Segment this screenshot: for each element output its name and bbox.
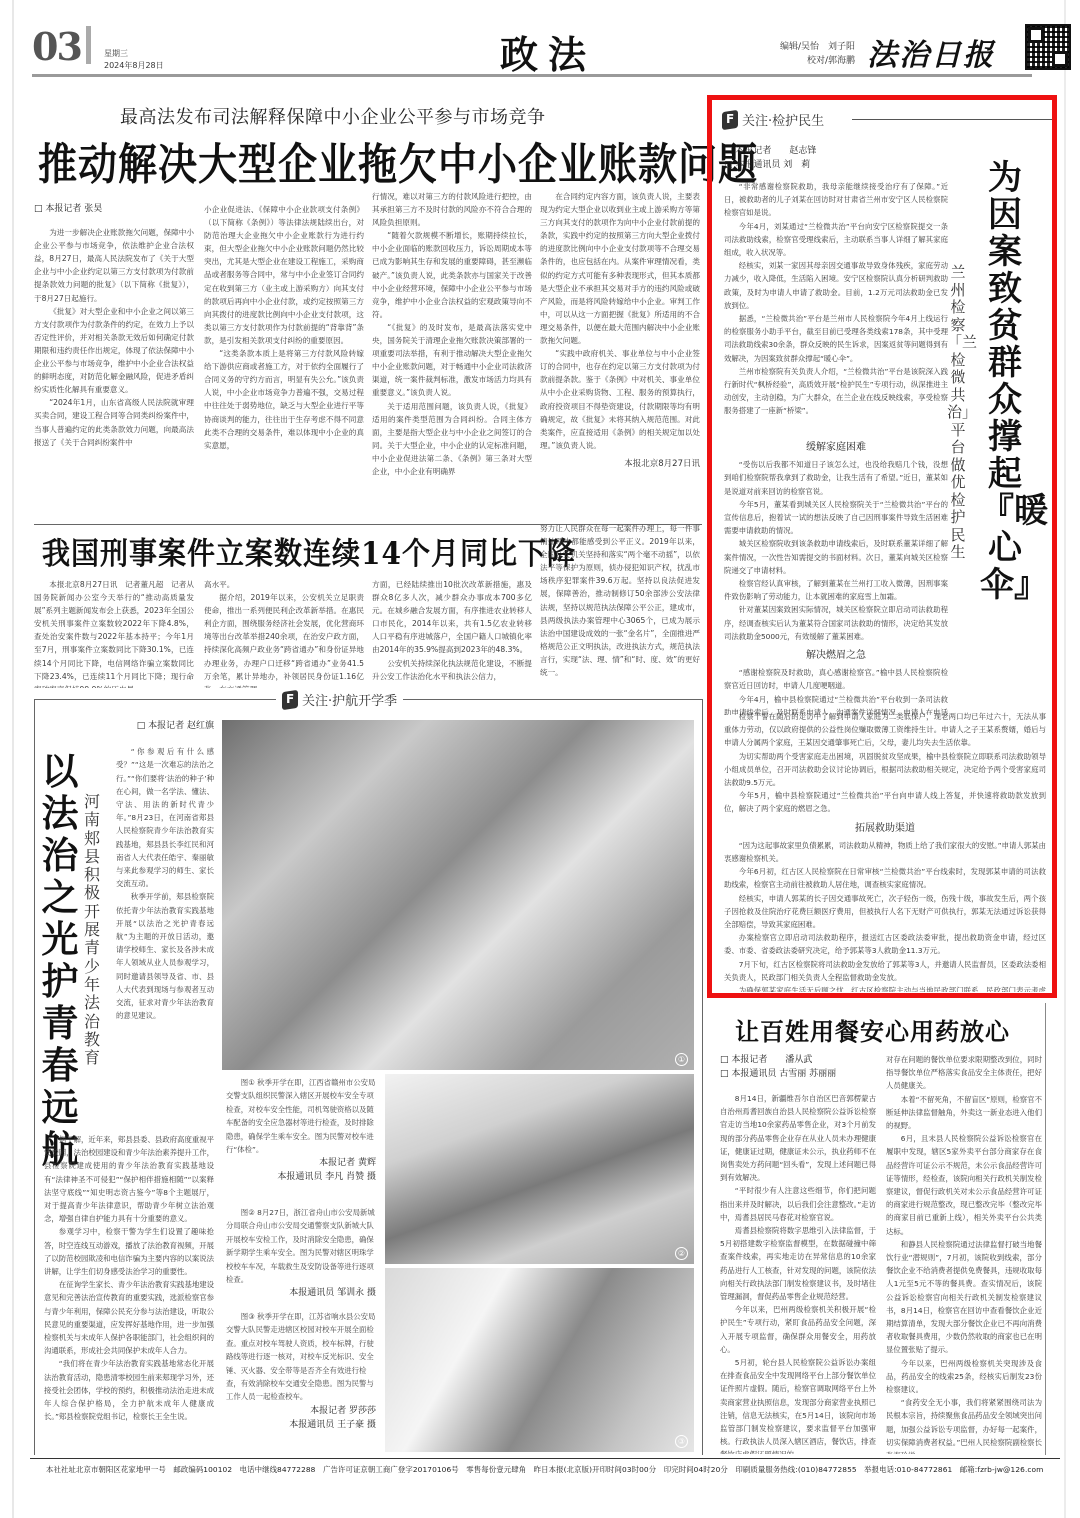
article-food-column-2: 对存在问题的餐饮单位要求限期整改到位，同时指导餐饮单位严格落实食品安全主体责任，… [886,1053,1042,1454]
tag-rule [852,119,1052,120]
editor-line: 编辑/吴怡 刘子阳 [780,40,855,54]
paragraph: 城关区检察院收到该条救助申请线索后，及时联系董某详细了解案件情况，一次性告知需提… [724,537,948,577]
paragraph: 行情况，难以对第三方的付款风险进行把控，由其承担第三方不及时付款的风险亦不符合合… [372,190,532,229]
article1-column-3: 行情况，难以对第三方的付款风险进行把控，由其承担第三方不及时付款的风险亦不符合合… [372,190,532,523]
paragraph: “食药安全无小事，我们将紧紧围绕司法为民根本宗旨，持续聚焦食品药品安全领域突出问… [886,1396,1042,1454]
paragraph: 《批复》对大型企业和中小企业之间以第三方支付款项作为付款条件的约定，在效力上予以… [34,305,194,397]
masthead: 03 星期三 2024年8月28日 政法 编辑/吴怡 刘子阳 校对/郭海鹏 法治… [32,18,1064,74]
paragraph: 和静县人民检察院通过法律监督打破当地餐饮行业“潜规则”，7月初，该院收到线索，部… [886,1238,1042,1357]
footer-rule [30,1458,1060,1459]
paragraph: “随着欠款规模不断增长，账期持续拉长，中小企业面临的账款回收压力，诉讼周期成本等… [372,229,532,321]
feature-frame-left [34,699,35,1455]
caption-text: 图① 秋季开学在即，江西省赣州市公安局交警支队组织民警深入辖区开展校车安全专项检… [226,1076,376,1156]
byline-reporter: 本报记者 赵志锋 [724,144,816,158]
feature-poverty-section-2: 检察干警在随后的走访中了解到申请人家庭为二类低保户，现老两口均已年过六十，无法从… [724,710,1046,992]
paragraph: 7月下旬，红古区检察院将司法救助金发放给了郭某等3人，并邀请人民监督员，区委政法… [724,958,1046,984]
feature-tag: 关注·护航开学季 [276,690,403,709]
paragraph: 今年以来，巴州两级检察机关积极开展“检护民生”专项行动，紧盯食品药品安全问题，深… [720,1303,876,1356]
weekday: 星期三 [104,48,128,59]
subhead: 解决燃眉之急 [724,649,948,662]
paragraph: 为进一步解决企业账款拖欠问题，保障中小企业公平参与市场竞争，依法维护企业合法权益… [34,226,194,305]
photo-number: ③ [675,1435,688,1448]
feature-school-wide-column: 据了解，近年来，郏县县委、县政府高度重视平安校园，法治校园建设和青少年法治素养提… [44,1133,214,1453]
feature-frame-right [702,699,703,1455]
caption-text: 图② 8月27日，浙江省舟山市公安局新城分局联合舟山市公安局交通警察支队新城大队… [226,1206,376,1286]
byline-correspondent: 本报通讯员 刘 莉 [724,158,816,172]
paragraph: “你参观后有什么感受？”“这是一次难忘的法治之行。”“你们要将‘法治的种子’种在… [116,745,214,890]
paragraph: 方面，已经陆续推出10批次改革新措施，惠及群众8亿多人次，减少群众办事成本700… [372,578,532,657]
photo-3-school-bus-check: ③ [385,1268,694,1452]
paragraph: “平时很少有人注意这些细节，你们把问题指出来并及时解决，以后我们会注意整改。”走… [720,1184,876,1224]
article1-column-2: 小企业促进法、《保障中小企业款项支付条例》（以下简称《条例》）等法律法规陆续出台… [204,203,364,523]
article1-byline: 本报记者 张昊 [34,203,194,216]
paragraph: 努力让人民群众在每一起案件办理上，每一件事情处理中都能感受到公平正义。2019年… [540,522,700,679]
article2-column-2: 高水平。 据介绍，2019年以来，公安机关立足职责使命，推出一系列便民利企改革新… [204,578,364,688]
article2-headline: 我国刑事案件立案数连续14个月同比下降 [42,530,576,574]
caption-credit: 本报记者 罗莎莎 [226,1404,376,1418]
paragraph: 经核实，刘某一家因其母亲因交通事故导致身体残疾，家庭劳动力减少，收入降低，生活陷… [724,259,948,312]
article1-dateline: 本报北京8月27日讯 [540,458,700,471]
feature-school-narrow-column: 本报记者 赵红旗 “你参观后有什么感受？”“这是一次难忘的法治之行。”“你们要将… [116,720,214,1132]
subhead: 拓展救助渠道 [724,822,1046,835]
photo-2-school-bus-check: ② [385,1074,694,1264]
byline-reporter: 本报记者 潘从武 [720,1053,836,1067]
article1-kicker: 最高法发布司法解释保障中小企业公平参与市场竞争 [120,103,546,129]
paragraph: 公安机关持续深化执法规范化建设，不断提升公安工作法治化水平和执法公信力， [372,657,532,683]
paragraph: 参观学习中，检察干警为学生们设置了趣味抢答，时空连线互动游戏，播放了法治教育视频… [44,1225,214,1278]
feature-poverty-headline: 为因案致贫群众撑起『暖心伞』 [980,160,1030,604]
article-food-column-1: 8月14日，新疆维吾尔自治区巴音郭楞蒙古自治州焉耆回族自治县人民检察院公益诉讼检… [720,1092,876,1454]
article1-column-1: 本报记者 张昊 为进一步解决企业账款拖欠问题，保障中小企业公平参与市场竞争，依法… [34,203,194,523]
paragraph: 8月14日，新疆维吾尔自治区巴音郭楞蒙古自治州焉耆回族自治县人民检察院公益诉讼检… [720,1092,876,1184]
paragraph: “我们将在青少年法治教育实践基地常态化开展法治教育活动，隐患清零校园生前来郏现学… [44,1357,214,1423]
article2-column-3: 方面，已经陆续推出10批次改革新措施，惠及群众8亿多人次，减少群众办事成本700… [372,578,532,688]
section-f-icon [282,689,298,709]
qr-code-icon[interactable] [1025,24,1071,70]
article2-column-4: 努力让人民群众在每一起案件办理上，每一件事情处理中都能感受到公平正义。2019年… [540,522,700,688]
paragraph: 检察干警在随后的走访中了解到申请人家庭为二类低保户，现老两口均已年过六十，无法从… [724,710,1046,750]
caption-credit: 本报通讯员 李凡 肖赞 摄 [226,1170,376,1184]
newspaper-logo: 法治日报 [867,30,995,74]
caption-credit: 本报通讯员 邹训永 摄 [226,1286,376,1300]
byline-correspondent: 本报通讯员 古雪丽 苏丽丽 [720,1067,836,1081]
article1-column-4: 在合同约定内容方面，该负责人说，主要表现为约定大型企业以收到业主或上游采购方等第… [540,190,700,510]
imprint-footer: 本社社址北京市朝阳区花家地甲一号 邮政编码100102 电话中继线8477228… [46,1464,1056,1475]
editor-credits: 编辑/吴怡 刘子阳 校对/郭海鹏 [780,40,855,68]
feature-school-byline: 本报记者 赵红旗 [116,720,214,733]
paragraph: “感谢检察院及时救助，真心感谢检察官。”榆中县人民检察院检察官近日回访时，申请人… [724,666,948,692]
paragraph: 据悉，“兰检微共治”平台是兰州市人民检察院今年4月上线运行的检察服务小助手平台，… [724,312,948,365]
caption-credit: 本报通讯员 王子豪 摄 [226,1418,376,1432]
paragraph: 为切实帮助两个受害家庭走出困境，巩固脱贫攻坚成果，榆中县检察院立即联系司法救助领… [724,750,1046,790]
section-title: 政法 [500,24,596,79]
article1-headline: 推动解决大型企业拖欠中小企业账款问题 [38,130,758,193]
caption-credit: 本报记者 黄辉 [226,1156,376,1170]
photo-1-school-bus-inspection: ① [222,720,694,1070]
page-number-divider [86,26,91,64]
paragraph: 秋季开学前，郏县检察院依托青少年法治教育实践基地开展“以法治之光护青春远航”为主… [116,890,214,1022]
feature-tag: 关注·检护民生 [722,110,830,129]
feature-school-headline: 以法治之光护青春远航 [40,750,80,1170]
page-number: 03 [32,24,81,69]
paragraph: “2024年1月，山东省高级人民法院就审理买卖合同，建设工程合同等合同类纠纷案件… [34,396,194,448]
feature-school-subheadline: 河南郏县积极开展青少年法治教育 [82,793,102,1067]
issue-date: 2024年8月28日 [104,60,164,71]
caption-text: 图③ 秋季开学在即，江苏省响水县公安局交警大队民警走进辖区校园对校车开展全面检查… [226,1310,376,1404]
paragraph: 在征询学生家长、青少年法治教育实践基地建设意见和完善法治宣传教育的重要实践，选派… [44,1278,214,1357]
paragraph: 在合同约定内容方面，该负责人说，主要表现为约定大型企业以收到业主或上游采购方等第… [540,190,700,347]
feature-tag-label: 关注·护航开学季 [302,690,397,709]
paragraph: 今年5月，董某看到城关区人民检察院关于“兰检微共治”平台的宣传信息后，抱着试一试… [724,498,948,538]
section-f-icon [722,109,738,129]
photo-1-caption: 图① 秋季开学在即，江西省赣州市公安局交警支队组织民警深入辖区开展校车安全专项检… [226,1076,376,1184]
masthead-rule [32,74,1032,77]
feature-poverty-intro: “非常感谢检察院救助，我母亲能继续接受治疗有了保障。”近日，被救助者的儿子刘某在… [724,180,948,435]
photo-number: ① [675,1053,688,1066]
paragraph: “因为这起事故家里负债累累，司法救助从精神，物质上给了我们家很大的安慰。”申请人… [724,839,1046,865]
paragraph: 经核实，申请人郭某的长子因交通事故死亡，次子轻伤一级，伤残十级，事故发生后，两个… [724,892,1046,932]
paragraph: “这类条款本质上是将第三方付款风险转嫁给下游供应商或者施工方，对于依约全面履行了… [204,347,364,452]
paragraph: 本报北京8月27日讯 记者董凡超 记者从国务院新闻办公室今天举行的“推动高质量发… [34,578,194,688]
photo-2-caption: 图② 8月27日，浙江省舟山市公安局新城分局联合舟山市公安局交通警察支队新城大队… [226,1206,376,1300]
paragraph: 今年4月，刘某通过“兰检微共治”平台向安宁区检察院提交一条司法救助线索，检察官受… [724,220,948,260]
paragraph: 本着“不留死角，不留盲区”原则，检察官不断延伸法律监督触角，外卖这一新业态进入他… [886,1093,1042,1133]
subhead: 缓解家庭困难 [724,441,948,454]
paragraph: 小企业促进法、《保障中小企业款项支付条例》（以下简称《条例》）等法律法规陆续出台… [204,203,364,347]
feature-poverty-subheadline: 兰州检察「兰检微共治」平台做优检护民生 [947,264,969,562]
page-edge-right [1064,0,1066,1518]
feature-poverty-bylines: 本报记者 赵志锋 本报通讯员 刘 莉 [724,144,816,172]
paragraph: “实践中政府机关、事业单位与中小企业签订的合同中，也存在约定以第三方支付款项为付… [540,347,700,452]
article-food-bylines: 本报记者 潘从武 本报通讯员 古雪丽 苏丽丽 [720,1053,836,1081]
paragraph: 今年6月初，红古区人民检察院在日常审核“兰检微共治”平台线索时，发现郭某申请的司… [724,865,1046,891]
paragraph: “非常感谢检察院救助，我母亲能继续接受治疗有了保障。”近日，被救助者的儿子刘某在… [724,180,948,220]
paragraph: 办案检察官立即启动司法救助程序，报送红古区委政法委审批，提出救助资金申请，经过区… [724,931,1046,957]
paragraph: 对存在问题的餐饮单位要求限期整改到位，同时指导餐饮单位严格落实食品安全主体责任，… [886,1053,1042,1093]
feature-tag-label: 关注·检护民生 [742,110,824,129]
paragraph: 5月初，轮台县人民检察院公益诉讼办案组在排查食品安全中发现网络平台上部分餐饮单位… [720,1356,876,1454]
photo-3-caption: 图③ 秋季开学在即，江苏省响水县公安局交警大队民警走进辖区校园对校车开展全面检查… [226,1310,376,1432]
paragraph: 针对董某因案致困实际情况，城关区检察院立即启动司法救助程序，经调查核实后认为董某… [724,603,948,643]
paragraph: 高水平。 [204,578,364,591]
photo-number: ② [675,1247,688,1260]
paragraph: 为确保郭某家庭生活无后顾之忧，红古区检察院主动与当地民政部门联系，民政部门表示考… [724,984,1046,992]
paragraph: 6月，且末县人民检察院公益诉讼检察官在履职中发现，辖区5家外卖平台部分商家存在食… [886,1132,1042,1238]
feature-poverty-section-1: 缓解家庭困难 “受伤以后我都不知道日子该怎么过，也没给我赔几个钱，没想到咱们检察… [724,435,948,715]
paragraph: “受伤以后我都不知道日子该怎么过，也没给我赔几个钱，没想到咱们检察院帮我拿到了救… [724,458,948,498]
proof-line: 校对/郭海鹏 [780,54,855,68]
paragraph: 检察官经认真审核，了解到董某在兰州打工收入微薄，因刑事案件致伤影响了劳动能力，让… [724,577,948,603]
paragraph: 焉耆县检察院将数字思维引入法律监督，于5月初搭建数字检察监督模型，在数据碰撞中筛… [720,1224,876,1303]
article-food-headline: 让百姓用餐安心用药放心 [735,1012,1010,1047]
paragraph: 兰州市检察院有关负责人介绍，“兰检微共治”平台是该院深入践行新时代“枫桥经验”，… [724,365,948,418]
paragraph: “《批复》的及时发布，是最高法落实党中央，国务院关于清理企业拖欠账款决策部署的一… [372,321,532,400]
article2-column-1: 本报北京8月27日讯 记者董凡超 记者从国务院新闻办公室今天举行的“推动高质量发… [34,578,194,688]
page-edge-left [12,0,14,1518]
paragraph: 关于适用范围问题，该负责人说，《批复》适用的案件类型范围为合同纠纷。合同主体方面… [372,400,532,479]
paragraph: 今年以来，巴州两级检察机关突现涉及食品，药品安全的线索25条，经核实后制发23份… [886,1357,1042,1397]
column-rule [1045,1003,1046,1455]
paragraph: 据介绍，2019年以来，公安机关立足职责使命，推出一系列便民利企改革新举措。在惠… [204,591,364,688]
paragraph: 据了解，近年来，郏县县委、县政府高度重视平安校园，法治校园建设和青少年法治素养提… [44,1133,214,1225]
paragraph: 今年5月，榆中县检察院通过“兰检微共治”平台向申请人线上答复，并快速将救助款发放… [724,789,1046,815]
